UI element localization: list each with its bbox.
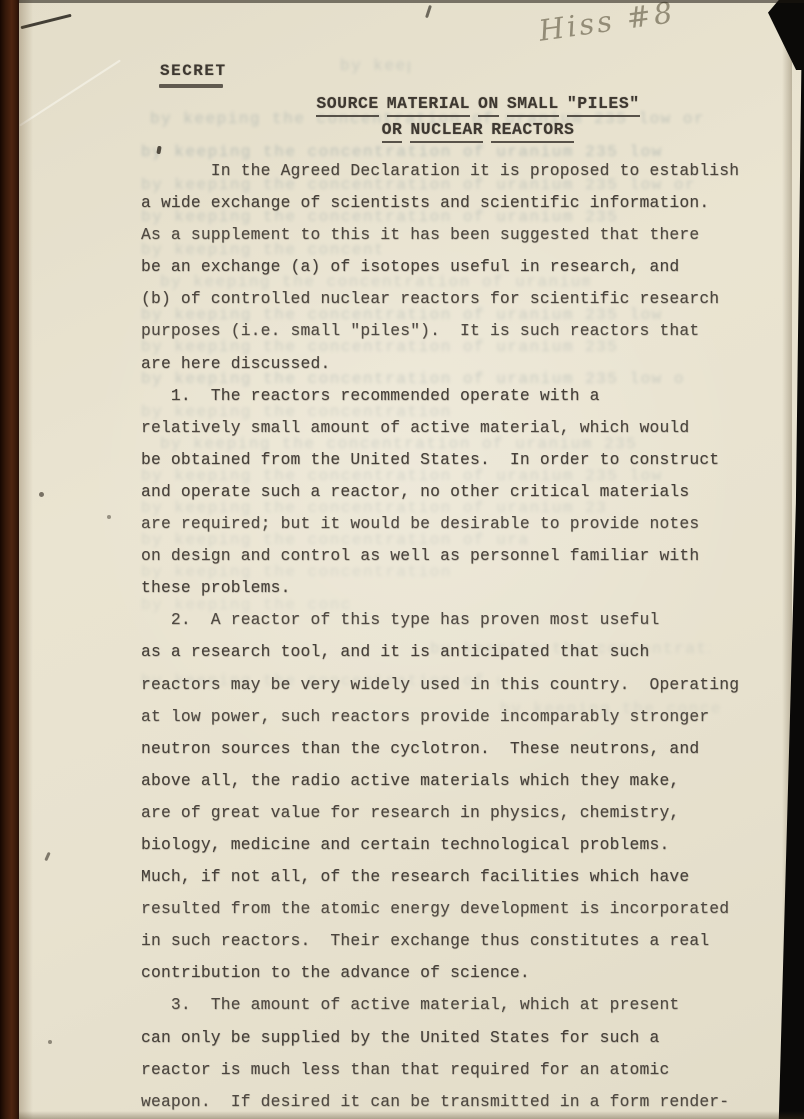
title-word: ON xyxy=(478,94,499,117)
typed-line: in such reactors. Their exchange thus co… xyxy=(141,925,791,957)
typed-line: and operate such a reactor, no other cri… xyxy=(141,476,791,508)
handwritten-annotation: Hiss #8 xyxy=(537,0,740,48)
typed-line: 3. The amount of active material, which … xyxy=(141,989,791,1021)
title-line-1: SOURCEMATERIALONSMALL"PILES" xyxy=(150,94,804,117)
scan-edge-top xyxy=(19,0,804,3)
binding-edge-left xyxy=(0,0,19,1119)
ink-speck xyxy=(48,1040,52,1044)
typed-line: can only be supplied by the United State… xyxy=(141,1022,791,1054)
ink-speck xyxy=(156,146,161,155)
typed-line: contribution to the advance of science. xyxy=(141,957,791,989)
bleedthrough-line: by keeping the concentration of uranium … xyxy=(340,57,410,79)
title-word: SOURCE xyxy=(316,94,378,117)
scanned-document-page: by keeping the concentration of uranium … xyxy=(0,0,804,1119)
typed-line: As a supplement to this it has been sugg… xyxy=(141,219,791,251)
ink-speck xyxy=(107,515,111,519)
ink-speck xyxy=(44,852,50,861)
typed-line: Much, if not all, of the research facili… xyxy=(141,861,791,893)
typed-line: 2. A reactor of this type has proven mos… xyxy=(141,604,791,636)
typed-line: as a research tool, and it is anticipate… xyxy=(141,636,791,668)
typed-line: a wide exchange of scientists and scient… xyxy=(141,187,791,219)
document-title: SOURCEMATERIALONSMALL"PILES" ORNUCLEARRE… xyxy=(150,94,804,146)
title-word: REACTORS xyxy=(491,120,574,143)
paper-crease xyxy=(19,59,121,126)
paper-edge-shadow xyxy=(19,0,33,1119)
classification-underline xyxy=(159,84,223,88)
typed-line: biology, medicine and certain technologi… xyxy=(141,829,791,861)
title-word: MATERIAL xyxy=(387,94,470,117)
typed-line: 1. The reactors recommended operate with… xyxy=(141,380,791,412)
typed-line: on design and control as well as personn… xyxy=(141,540,791,572)
scan-edge-bottom xyxy=(19,1111,804,1119)
stray-mark xyxy=(425,5,431,18)
typed-line: relatively small amount of active materi… xyxy=(141,412,791,444)
title-word: SMALL xyxy=(507,94,559,117)
typed-line: resulted from the atomic energy developm… xyxy=(141,893,791,925)
typed-line: purposes (i.e. small "piles"). It is suc… xyxy=(141,315,791,347)
typed-line: reactor is much less than that required … xyxy=(141,1054,791,1086)
typed-line: reactors may be very widely used in this… xyxy=(141,669,791,701)
typed-line: be an exchange (a) of isotopes useful in… xyxy=(141,251,791,283)
title-word: OR xyxy=(382,120,403,143)
classification-stamp: SECRET xyxy=(160,62,227,80)
typed-line: be obtained from the United States. In o… xyxy=(141,444,791,476)
typed-line: (b) of controlled nuclear reactors for s… xyxy=(141,283,791,315)
ink-speck xyxy=(39,492,44,497)
typed-line: In the Agreed Declaration it is proposed… xyxy=(141,155,791,187)
typed-line: above all, the radio active materials wh… xyxy=(141,765,791,797)
typed-line: are required; but it would be desirable … xyxy=(141,508,791,540)
typed-line: are of great value for research in physi… xyxy=(141,797,791,829)
title-word: "PILES" xyxy=(567,94,640,117)
title-word: NUCLEAR xyxy=(410,120,483,143)
typed-line: neutron sources than the cyclotron. Thes… xyxy=(141,733,791,765)
title-line-2: ORNUCLEARREACTORS xyxy=(150,120,804,143)
typed-line: these problems. xyxy=(141,572,791,604)
typed-line: are here discussed. xyxy=(141,348,791,380)
typed-line: at low power, such reactors provide inco… xyxy=(141,701,791,733)
document-body: In the Agreed Declaration it is proposed… xyxy=(141,155,791,1118)
